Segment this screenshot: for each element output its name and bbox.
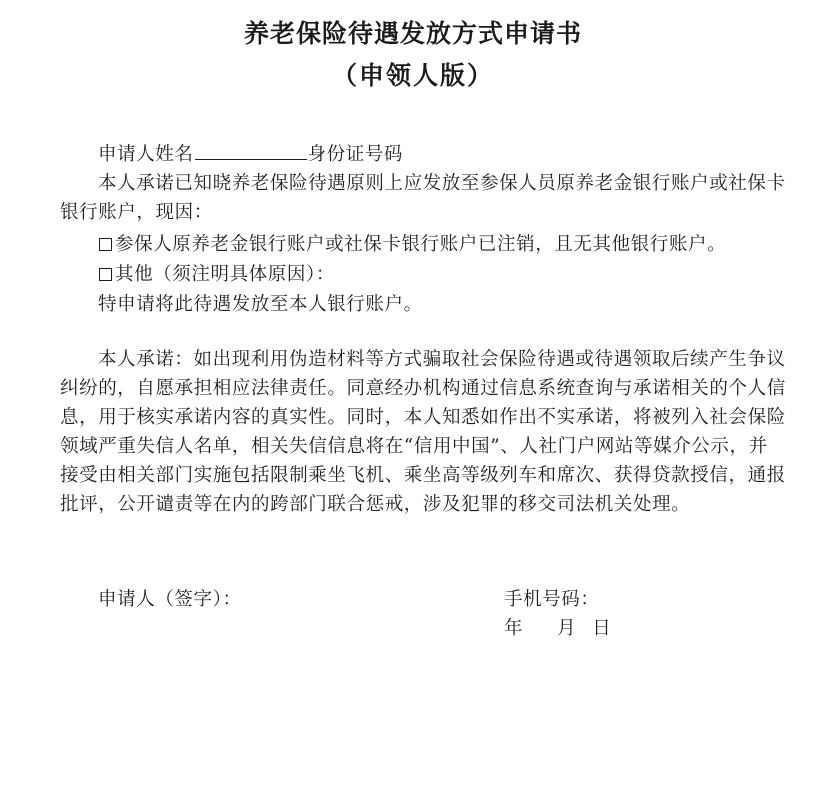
pledge-line-4: 领域严重失信人名单，相关失信信息将在“信用中国”、人社门户网站等媒介公示，并: [60, 433, 768, 461]
pledge-line-1: 本人承诺：如出现利用伪造材料等方式骗取社会保险待遇或待遇领取后续产生争议: [98, 346, 786, 374]
date-month-label: 月: [557, 618, 576, 639]
document-subtitle: （申领人版）: [0, 56, 826, 92]
document-title: 养老保险待遇发放方式申请书: [0, 14, 826, 50]
date-day-label: 日: [592, 618, 611, 639]
applicant-name-label: 申请人姓名: [98, 144, 194, 165]
pledge-line-3: 息，用于核实承诺内容的真实性。同时，本人知悉如作出不实承诺，将被列入社会保险: [60, 404, 786, 432]
id-number-label: 身份证号码: [308, 144, 404, 165]
option-other-label: 其他（须注明具体原因）：: [115, 264, 335, 285]
applicant-info-line: 申请人姓名身份证号码: [98, 141, 403, 169]
signature-date: 年月日: [504, 615, 611, 643]
commitment-intro-line2: 银行账户，现因：: [60, 199, 213, 227]
date-year-label: 年: [504, 618, 523, 639]
option-account-cancelled[interactable]: 参保人原养老金银行账户或社保卡银行账户已注销，且无其他银行账户。: [98, 231, 726, 259]
applicant-name-field[interactable]: [195, 141, 307, 160]
request-statement: 特申请将此待遇发放至本人银行账户。: [98, 291, 423, 319]
option-account-cancelled-label: 参保人原养老金银行账户或社保卡银行账户已注销，且无其他银行账户。: [115, 234, 726, 255]
phone-number-label: 手机号码：: [504, 586, 600, 614]
pledge-line-6: 批评，公开谴责等在内的跨部门联合惩戒，涉及犯罪的移交司法机关处理。: [60, 491, 690, 519]
pledge-line-5: 接受由相关部门实施包括限制乘坐飞机、乘坐高等级列车和席次、获得贷款授信，通报: [60, 462, 786, 490]
checkbox-account-cancelled[interactable]: [99, 238, 112, 251]
option-other[interactable]: 其他（须注明具体原因）：: [98, 261, 335, 289]
pledge-line-2: 纠纷的，自愿承担相应法律责任。同意经办机构通过信息系统查询与承诺相关的个人信: [60, 375, 786, 403]
applicant-signature-label: 申请人（签字）：: [98, 586, 242, 614]
checkbox-other-reason[interactable]: [99, 268, 112, 281]
commitment-intro-line1: 本人承诺已知晓养老保险待遇原则上应发放至参保人员原养老金银行账户或社保卡: [98, 170, 786, 198]
